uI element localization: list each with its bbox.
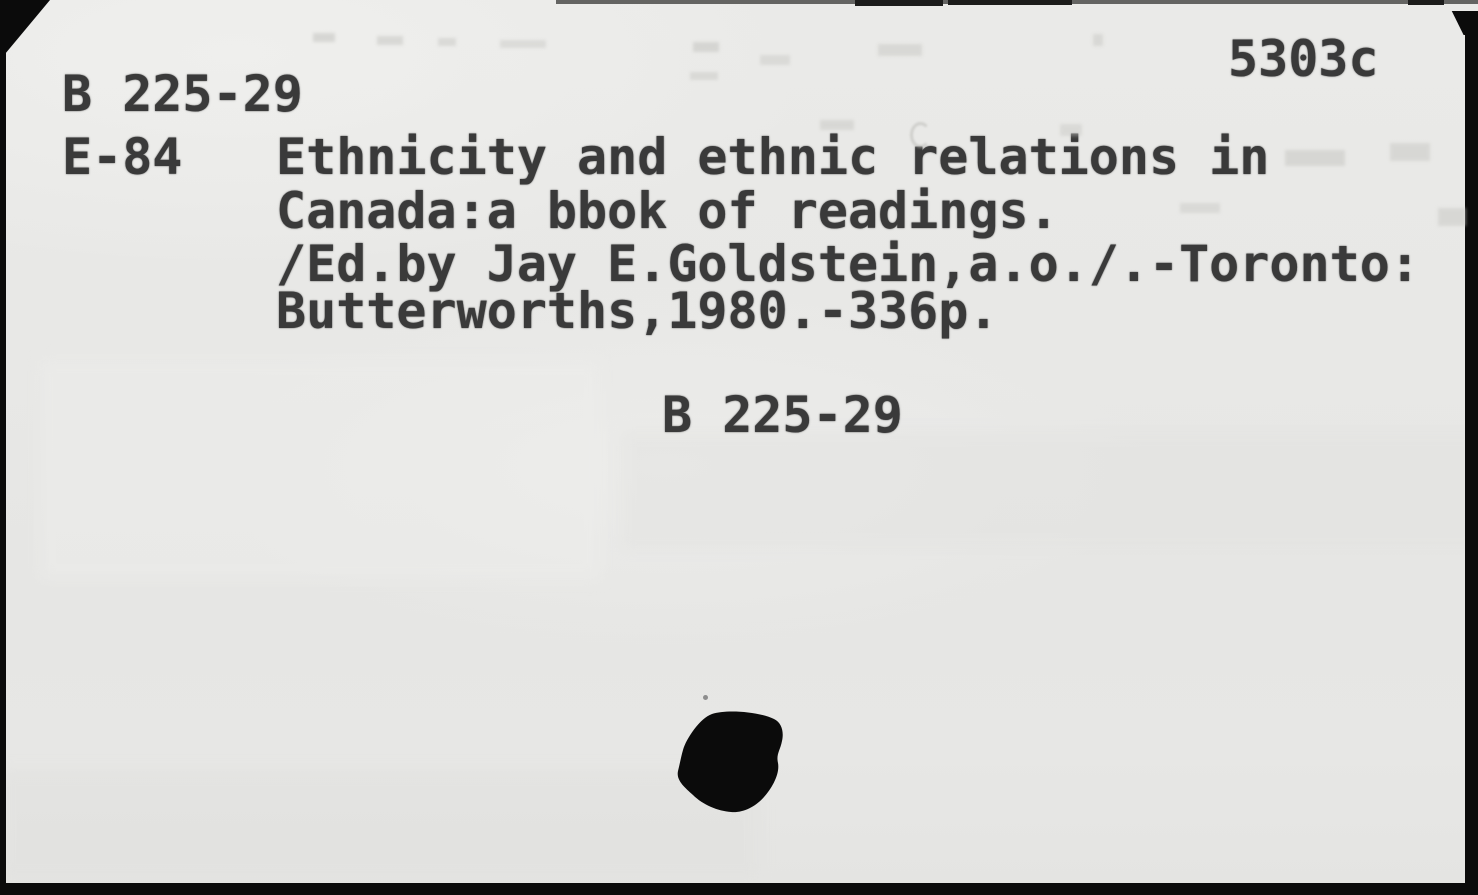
- scan-edge-right: [1465, 12, 1478, 895]
- entry-line-subtitle: Canada:a bbok of readings.: [276, 186, 1059, 236]
- catalog-card-scan: 5303c B 225-29 E-84 Ethnicity and ethnic…: [0, 0, 1478, 895]
- scan-edge-top-mark: [1408, 0, 1444, 5]
- call-number-class: E-84: [62, 132, 182, 182]
- accession-number: 5303c: [1228, 34, 1379, 84]
- scan-edge-top-mark: [948, 0, 1072, 5]
- ink-speck: [703, 695, 708, 700]
- entry-line-title: Ethnicity and ethnic relations in: [276, 132, 1269, 182]
- scan-edge-bottom: [0, 883, 1478, 895]
- scan-edge-top-mark: [855, 0, 943, 6]
- scan-edge-left: [0, 0, 6, 895]
- call-number-top: B 225-29: [62, 69, 303, 119]
- ink-blot-mark: [672, 708, 788, 818]
- entry-line-publisher: Butterworths,1980.-336p.: [276, 286, 998, 336]
- call-number-footer: B 225-29: [662, 390, 903, 440]
